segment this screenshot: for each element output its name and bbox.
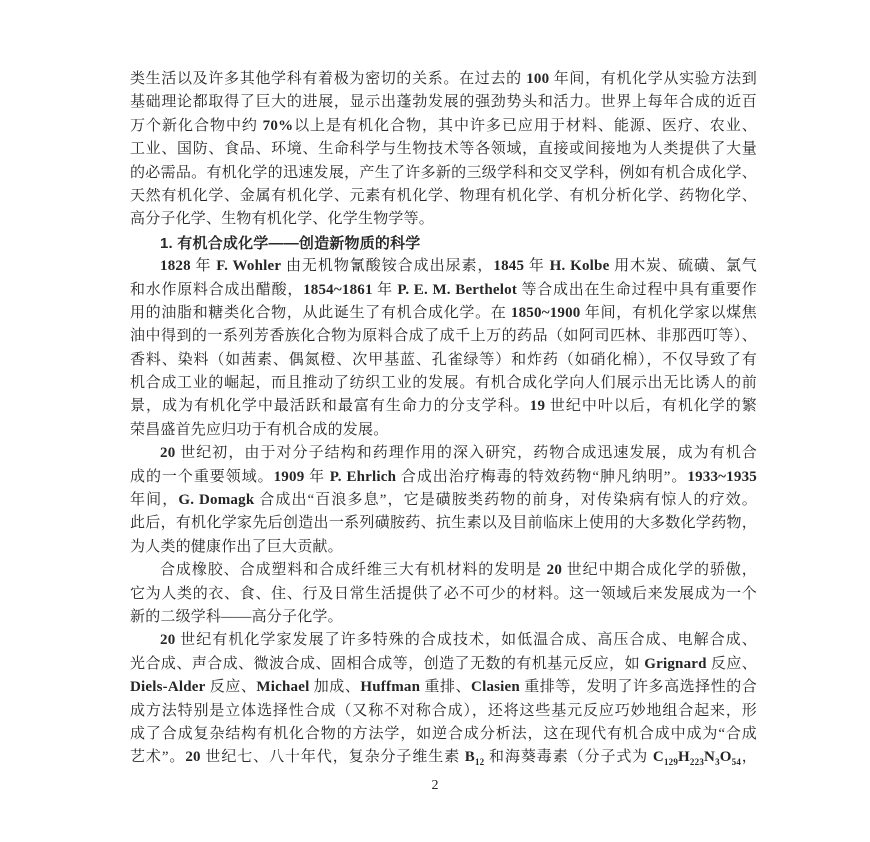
text-line: 为人类的健康作出了巨大贡献。 <box>130 536 757 559</box>
page-number: 2 <box>0 778 870 794</box>
text-line: 基础理论都取得了巨大的进展，显示出蓬勃发展的强劲势头和活力。世界上每年合成的近百 <box>130 91 757 114</box>
text-line: 类生活以及许多其他学科有着极为密切的关系。在过去的 100 年间，有机化学从实验… <box>130 68 757 91</box>
text-line: 新的二级学科——高分子化学。 <box>130 606 757 629</box>
document-page: 类生活以及许多其他学科有着极为密切的关系。在过去的 100 年间，有机化学从实验… <box>0 0 870 842</box>
text-line: 用的油脂和糖类化合物，从此诞生了有机合成化学。在 1850~1900 年间，有机… <box>130 302 757 325</box>
text-line: 油中得到的一系列芳香族化合物为原料合成了成千上万的药品（如阿司匹林、非那西叮等）… <box>130 325 757 348</box>
text-line: 天然有机化学、金属有机化学、元素有机化学、物理有机化学、有机分析化学、药物化学、 <box>130 185 757 208</box>
text-line: 1828 年 F. Wohler 由无机物氰酸铵合成出尿素，1845 年 H. … <box>130 255 757 278</box>
text-line: 光合成、声合成、微波合成、固相合成等，创造了无数的有机基元反应，如 Grigna… <box>130 653 757 676</box>
document-body: 类生活以及许多其他学科有着极为密切的关系。在过去的 100 年间，有机化学从实验… <box>130 68 757 770</box>
text-line: 成方法特别是立体选择性合成（又称不对称合成），还将这些基元反应巧妙地组合起来，形 <box>130 700 757 723</box>
text-line: 高分子化学、生物有机化学、化学生物学等。 <box>130 208 757 231</box>
text-line: 成了合成复杂结构有机化合物的方法学，如逆合成分析法，这在现代有机合成中成为“合成 <box>130 723 757 746</box>
text-line: 工业、国防、食品、环境、生命科学与生物技术等各领域，直接或间接地为人类提供了大量 <box>130 138 757 161</box>
text-line: 合成橡胶、合成塑料和合成纤维三大有机材料的发明是 20 世纪中期合成化学的骄傲， <box>130 559 757 582</box>
text-line: 20 世纪有机化学家发展了许多特殊的合成技术，如低温合成、高压合成、电解合成、 <box>130 629 757 652</box>
text-line: 香料、染料（如茜素、偶氮橙、次甲基蓝、孔雀绿等）和炸药（如硝化棉），不仅导致了有 <box>130 349 757 372</box>
text-line: 成的一个重要领域。1909 年 P. Ehrlich 合成出治疗梅毒的特效药物“… <box>130 466 757 489</box>
section-heading: 1. 有机合成化学——创造新物质的科学 <box>130 232 757 255</box>
text-line: 年间，G. Domagk 合成出“百浪多息”，它是磺胺类药物的前身，对传染病有惊… <box>130 489 757 512</box>
text-line: 此后，有机化学家先后创造出一系列磺胺药、抗生素以及目前临床上使用的大多数化学药物… <box>130 512 757 535</box>
text-line: 的必需品。有机化学的迅速发展，产生了许多新的三级学科和交叉学科，例如有机合成化学… <box>130 162 757 185</box>
text-line: 景，成为有机化学中最活跃和最富有生命力的分支学科。19 世纪中叶以后，有机化学的… <box>130 395 757 418</box>
text-line: 艺术”。20 世纪七、八十年代，复杂分子维生素 B12 和海葵毒素（分子式为 C… <box>130 746 757 769</box>
text-line: 它为人类的衣、食、住、行及日常生活提供了必不可少的材料。这一领域后来发展成为一个 <box>130 583 757 606</box>
text-line: Diels-Alder 反应、Michael 加成、Huffman 重排、Cla… <box>130 676 757 699</box>
text-line: 20 世纪初，由于对分子结构和药理作用的深入研究，药物合成迅速发展，成为有机合 <box>130 442 757 465</box>
text-line: 荣昌盛首先应归功于有机合成的发展。 <box>130 419 757 442</box>
text-line: 和水作原料合成出醋酸，1854~1861 年 P. E. M. Berthelo… <box>130 279 757 302</box>
text-line: 机合成工业的崛起，而且推动了纺织工业的发展。有机合成化学向人们展示出无比诱人的前 <box>130 372 757 395</box>
text-line: 万个新化合物中约 70%以上是有机化合物，其中许多已应用于材料、能源、医疗、农业… <box>130 115 757 138</box>
